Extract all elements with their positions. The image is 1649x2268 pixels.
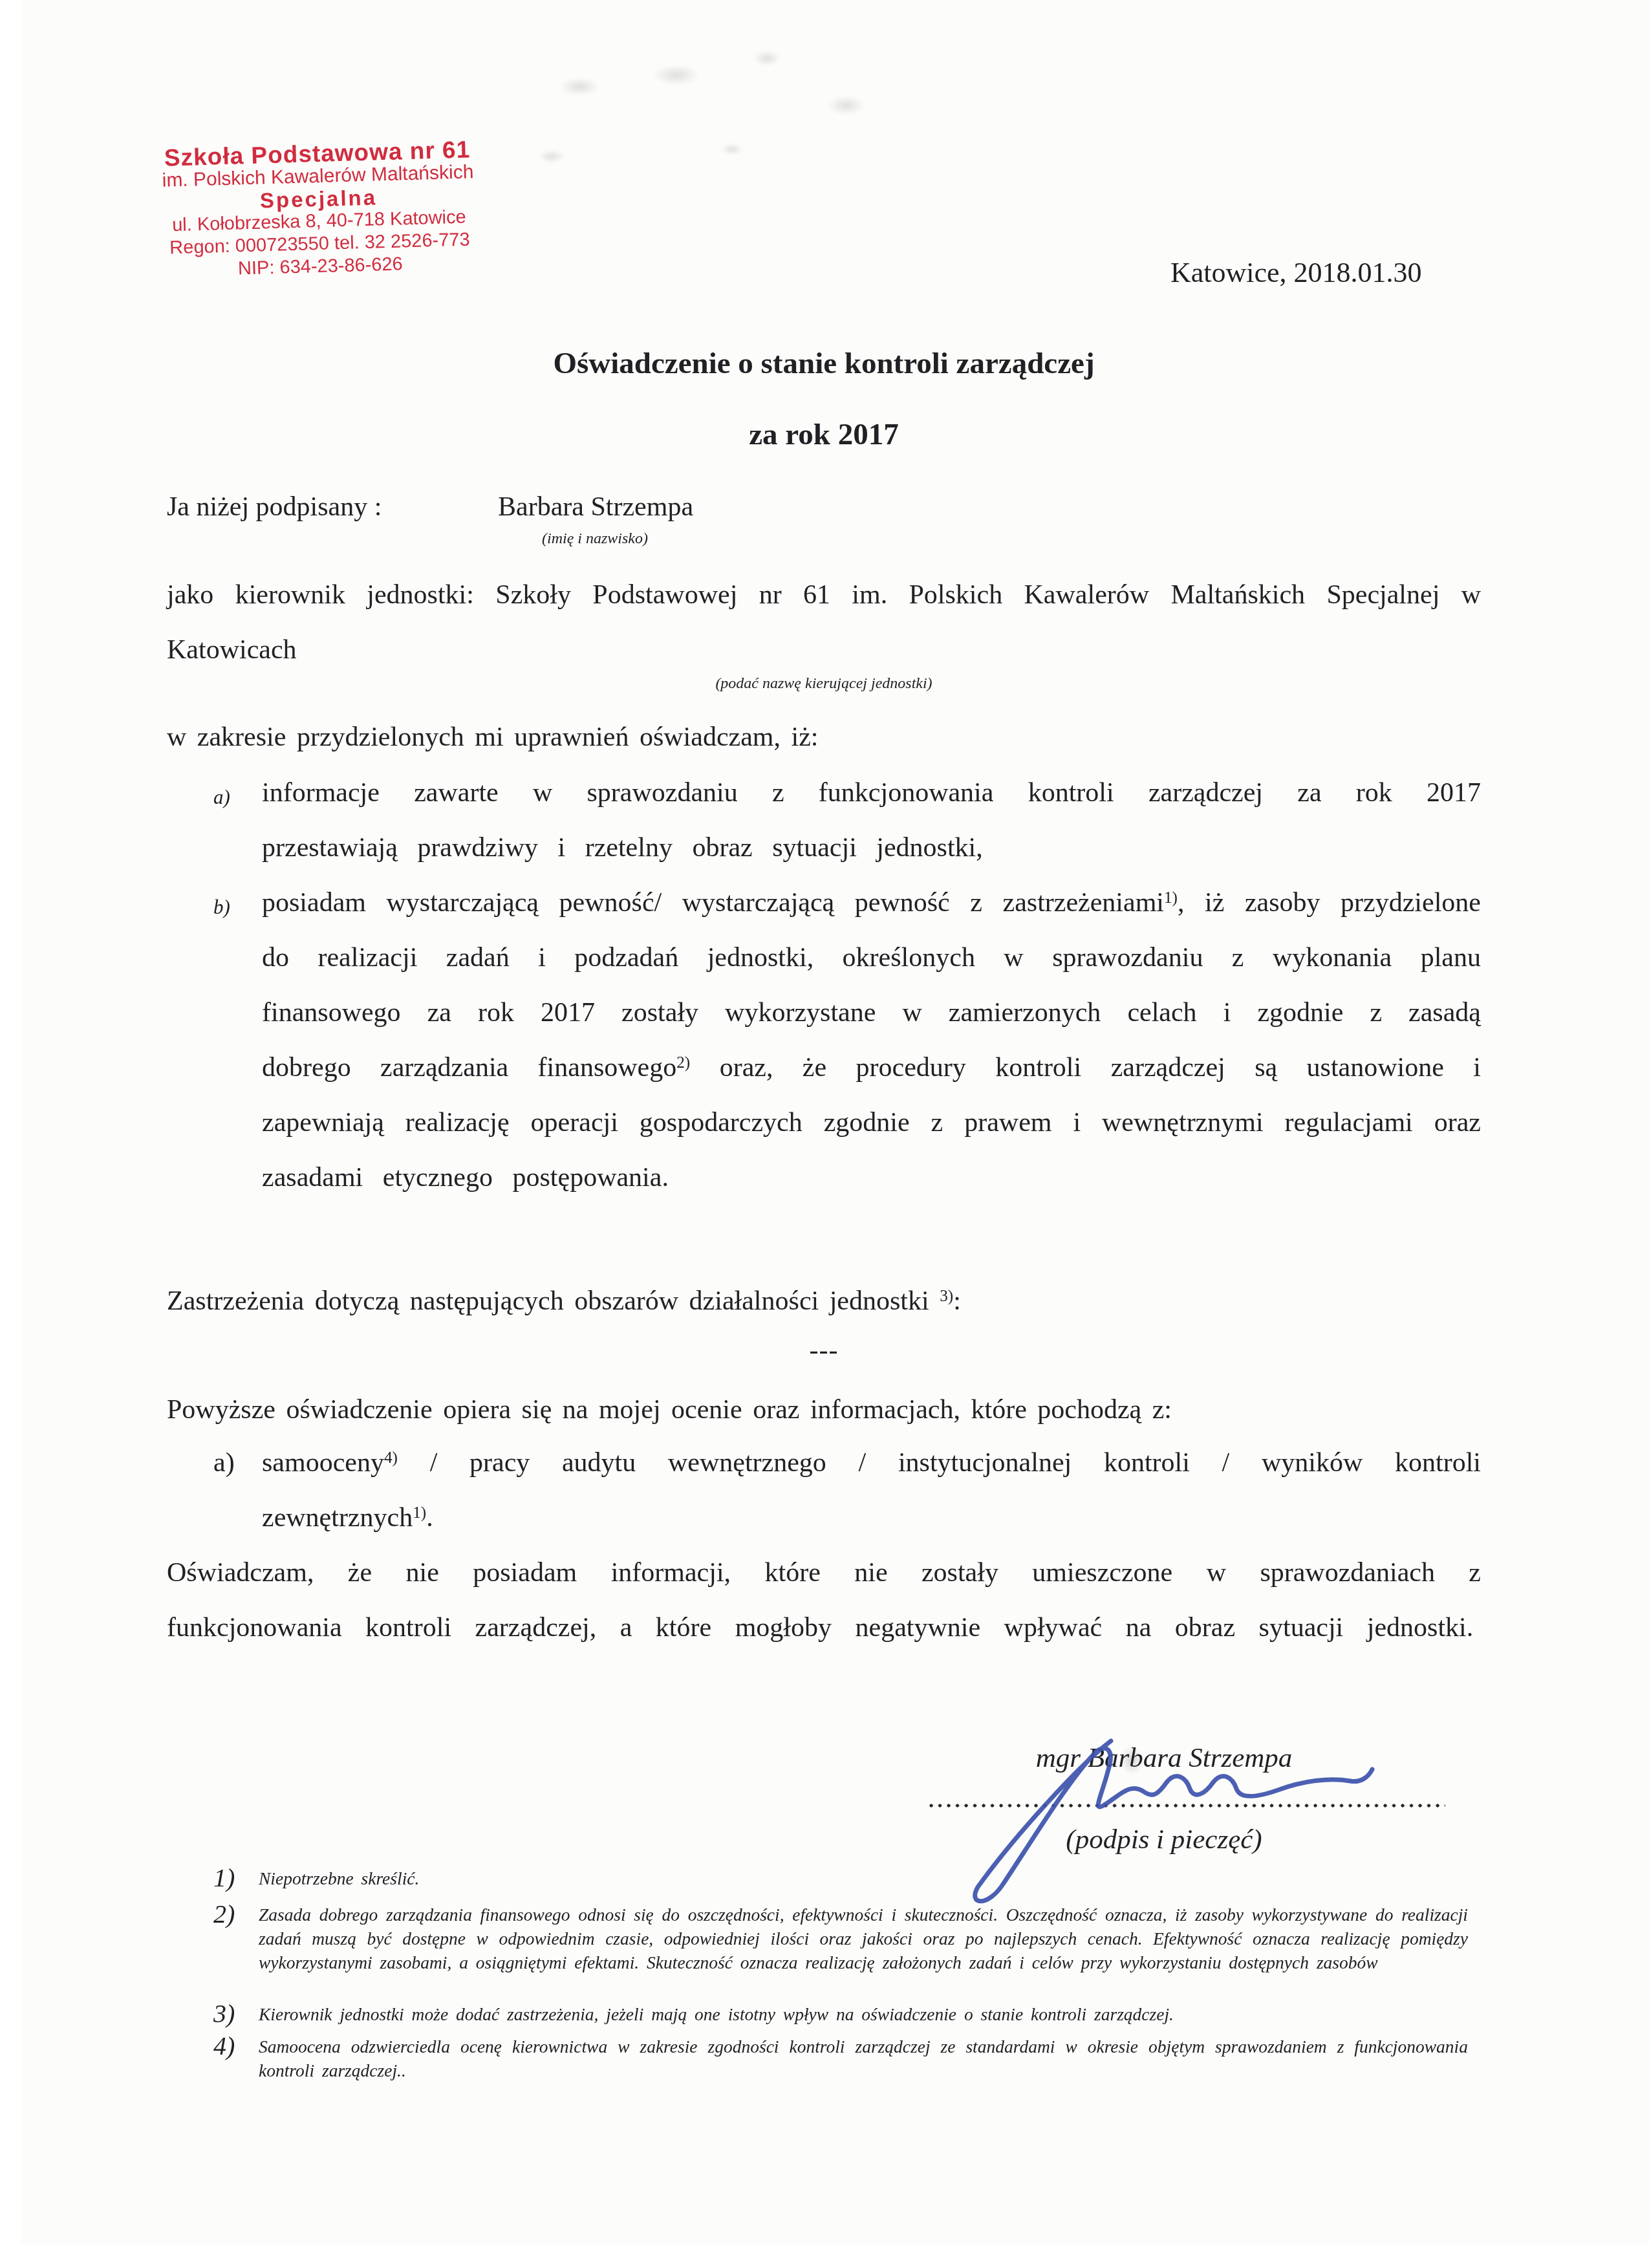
statement-item-b: b) posiadam wystarczającą pewność/ wysta… bbox=[167, 876, 1481, 1205]
footnote-ref-1: 1) bbox=[1164, 889, 1178, 907]
reservations-empty-value: --- bbox=[167, 1323, 1481, 1378]
scan-smudge bbox=[828, 96, 865, 115]
scan-smudge bbox=[538, 150, 565, 163]
scan-edge-bottom bbox=[0, 2244, 1649, 2268]
item-b-text-1: posiadam wystarczającą pewność/ wystarcz… bbox=[262, 888, 1164, 918]
footnote-ref-1b: 1) bbox=[413, 1504, 426, 1522]
basis-item-marker: a) bbox=[213, 1436, 235, 1491]
item-b-marker: b) bbox=[213, 880, 230, 934]
footnote-2-number: 2) bbox=[213, 1899, 235, 1929]
footnote-1: 1) Niepotrzebne skreślić. bbox=[213, 1866, 1468, 1890]
role-caption: (podać nazwę kierującej jednostki) bbox=[167, 674, 1481, 693]
scan-smudge bbox=[559, 78, 599, 96]
footnote-1-number: 1) bbox=[213, 1863, 235, 1893]
scanned-document-page: Szkoła Podstawowa nr 61 im. Polskich Kaw… bbox=[0, 0, 1649, 2268]
footnote-2-text: Zasada dobrego zarządzania finansowego o… bbox=[259, 1903, 1468, 1974]
basis-item-a: a) samooceny4) / pracy audytu wewnętrzne… bbox=[167, 1436, 1481, 1546]
basis-intro: Powyższe oświadczenie opiera się na moje… bbox=[167, 1383, 1481, 1438]
scan-smudge bbox=[721, 144, 743, 155]
role-paragraph: jako kierownik jednostki: Szkoły Podstaw… bbox=[167, 568, 1481, 678]
document-title-line2: za rok 2017 bbox=[167, 417, 1481, 452]
scan-smudge bbox=[753, 50, 781, 66]
footnote-3-number: 3) bbox=[213, 1998, 235, 2029]
footnote-3-text: Kierownik jednostki może dodać zastrzeże… bbox=[259, 2002, 1468, 2026]
footnote-ref-3: 3) bbox=[940, 1288, 953, 1305]
footnote-3: 3) Kierownik jednostki może dodać zastrz… bbox=[213, 2002, 1468, 2026]
statement-item-a: a) informacje zawarte w sprawozdaniu z f… bbox=[167, 766, 1481, 876]
signer-name: Barbara Strzempa bbox=[498, 480, 693, 535]
footnote-4: 4) Samoocena odzwierciedla ocenę kierown… bbox=[213, 2035, 1468, 2082]
footnote-ref-4: 4) bbox=[384, 1449, 398, 1467]
signer-label: Ja niżej podpisany : bbox=[167, 480, 382, 535]
item-a-text: informacje zawarte w sprawozdaniu z funk… bbox=[262, 778, 1481, 863]
signer-name-caption: (imię i nazwisko) bbox=[414, 529, 776, 548]
footnote-4-number: 4) bbox=[213, 2031, 235, 2061]
basis-text-2: / pracy audytu wewnętrznego / instytucjo… bbox=[262, 1448, 1481, 1533]
scope-line: w zakresie przydzielonych mi uprawnień o… bbox=[167, 710, 1481, 765]
footnote-4-text: Samoocena odzwierciedla ocenę kierownict… bbox=[259, 2035, 1468, 2082]
item-a-marker: a) bbox=[213, 770, 230, 825]
reservations-colon: : bbox=[953, 1286, 961, 1316]
footnote-1-text: Niepotrzebne skreślić. bbox=[259, 1866, 1468, 1890]
reservations-text: Zastrzeżenia dotyczą następujących obsza… bbox=[167, 1286, 940, 1316]
footnote-ref-2: 2) bbox=[676, 1054, 690, 1072]
closing-paragraph: Oświadczam, że nie posiadam informacji, … bbox=[167, 1546, 1481, 1656]
basis-text-1: samooceny bbox=[262, 1448, 384, 1478]
reservations-line: Zastrzeżenia dotyczą następujących obsza… bbox=[167, 1274, 1481, 1329]
scan-smudge bbox=[653, 65, 700, 85]
footnote-2: 2) Zasada dobrego zarządzania finansoweg… bbox=[213, 1903, 1468, 1974]
school-stamp: Szkoła Podstawowa nr 61 im. Polskich Kaw… bbox=[120, 137, 518, 284]
document-title-line1: Oświadczenie o stanie kontroli zarządcze… bbox=[167, 346, 1481, 381]
scan-edge-left bbox=[0, 0, 21, 2268]
place-and-date: Katowice, 2018.01.30 bbox=[1170, 256, 1422, 289]
basis-text-3: . bbox=[426, 1503, 433, 1533]
